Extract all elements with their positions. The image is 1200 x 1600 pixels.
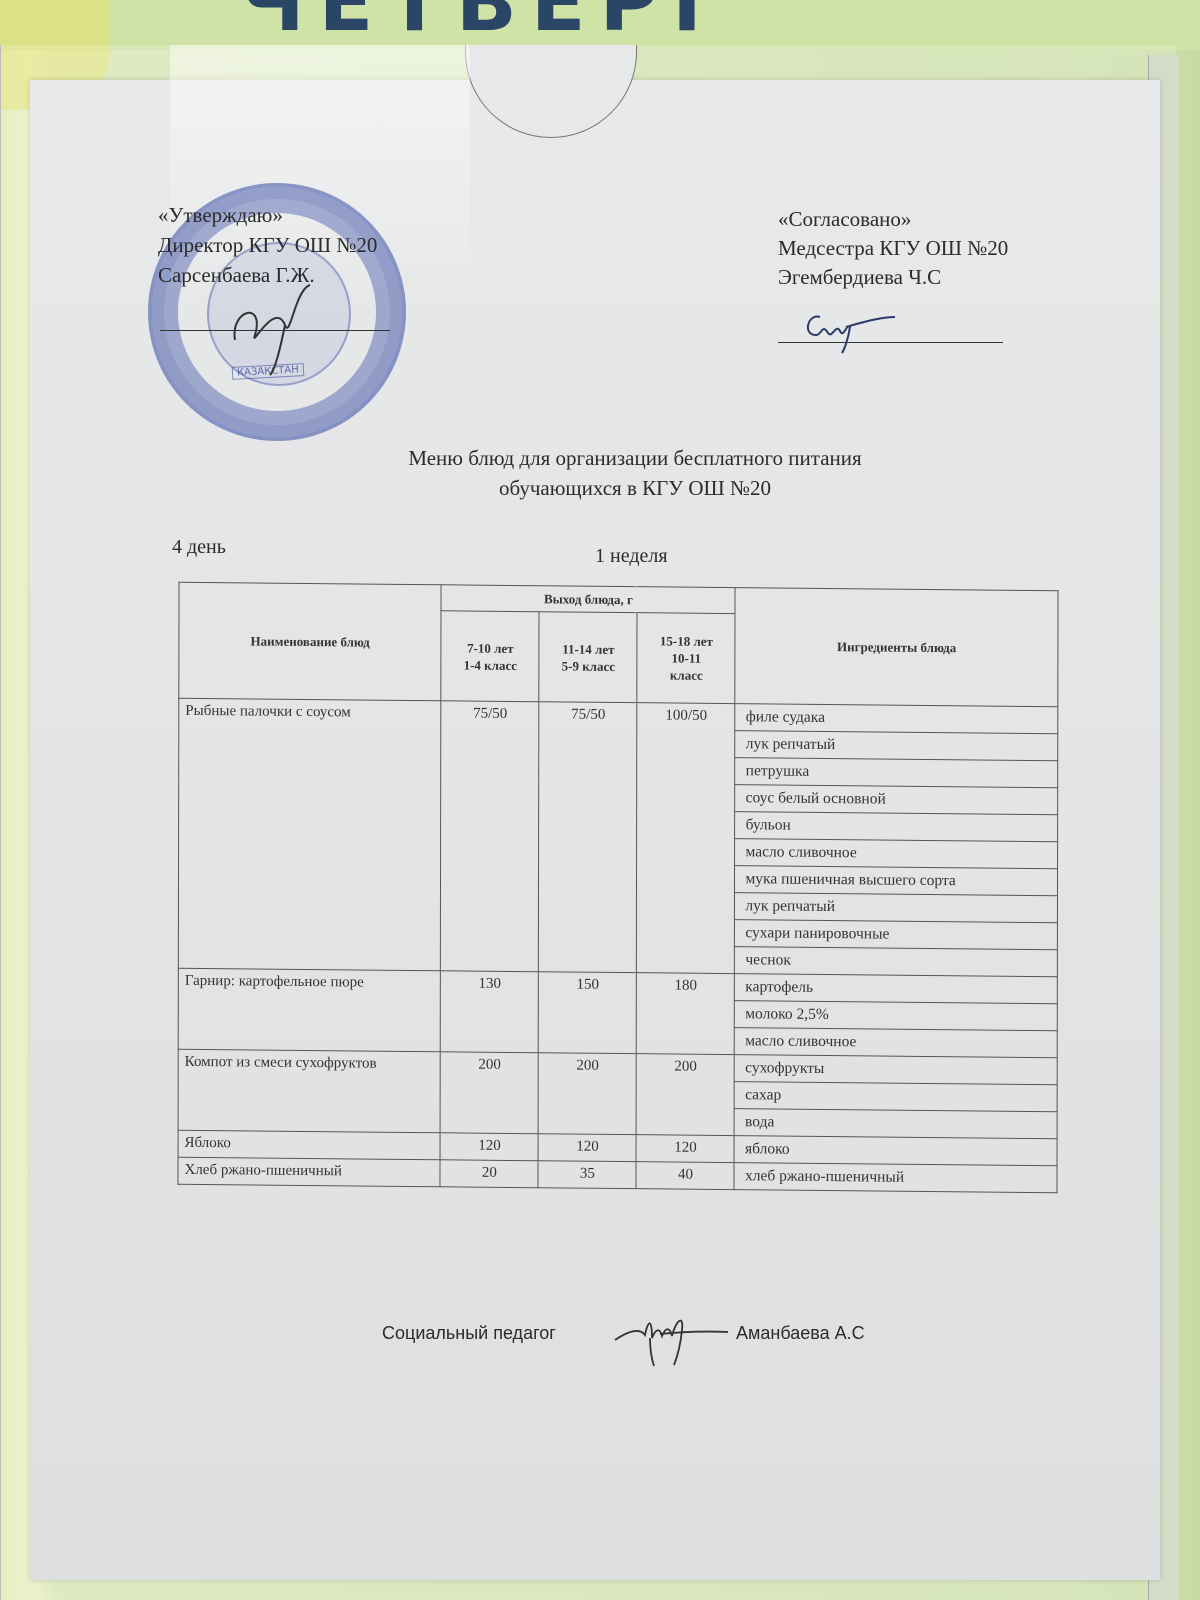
dish-name: Рыбные палочки с соусом [178, 698, 441, 971]
document-title: Меню блюд для организации бесплатного пи… [0, 443, 1200, 503]
ingredient: соус белый основной [735, 785, 1058, 815]
dish-name: Хлеб ржано-пшеничный [178, 1157, 440, 1187]
ingredient: масло сливочное [735, 1028, 1058, 1058]
yield-value: 130 [441, 971, 539, 1053]
menu-table-body: Рыбные палочки с соусом75/5075/50100/50ф… [178, 698, 1058, 1192]
title-line-2: обучающихся в КГУ ОШ №20 [0, 473, 1200, 503]
director-signature-icon [225, 280, 315, 380]
ingredient: сухари панировочные [735, 920, 1058, 950]
yield-value: 75/50 [539, 702, 637, 973]
agreement-name: Эгембердиева Ч.С [778, 263, 1008, 292]
grade-line: 10-11 [642, 649, 731, 667]
yield-value: 20 [440, 1160, 538, 1188]
ingredient: картофель [735, 974, 1058, 1004]
yield-value: 35 [538, 1161, 636, 1189]
ingredient: вода [735, 1109, 1058, 1139]
footer-role: Социальный педагог [382, 1323, 556, 1344]
ingredient: лук репчатый [735, 893, 1058, 923]
header-dish-name: Наименование блюд [179, 582, 442, 701]
ingredient: молоко 2,5% [735, 1001, 1058, 1031]
yield-value: 150 [539, 972, 637, 1054]
yield-value: 75/50 [441, 701, 539, 972]
nurse-signature-icon [800, 305, 900, 355]
ingredient: яблоко [734, 1136, 1057, 1166]
approval-label: «Утверждаю» [158, 200, 377, 230]
yield-value: 120 [440, 1133, 538, 1161]
pedagogue-signature-icon [610, 1310, 730, 1370]
ingredient: петрушка [735, 758, 1058, 788]
age-line: 15-18 лет [642, 632, 731, 650]
yield-value: 200 [539, 1053, 637, 1135]
title-line-1: Меню блюд для организации бесплатного пи… [0, 443, 1200, 473]
grade-line: 1-4 класс [446, 656, 535, 674]
ingredient: бульон [735, 812, 1058, 842]
yield-value: 40 [636, 1162, 734, 1190]
ingredient: сахар [735, 1082, 1058, 1112]
yield-value: 200 [440, 1052, 538, 1134]
grade-line: 5-9 класс [544, 657, 633, 675]
ingredient: масло сливочное [735, 839, 1058, 869]
menu-table: Наименование блюд Выход блюда, г Ингреди… [177, 582, 1058, 1193]
header-ingredients: Ингредиенты блюда [735, 588, 1058, 707]
yield-value: 120 [636, 1135, 734, 1163]
yield-value: 180 [637, 973, 735, 1055]
week-label: 1 неделя [595, 545, 668, 568]
ingredient: филе судака [735, 704, 1058, 734]
yield-value: 120 [538, 1134, 636, 1162]
day-label: 4 день [172, 536, 226, 559]
header-age-group: 11-14 лет 5-9 класс [539, 612, 637, 703]
wall-banner: ЧЕТВЕРГ [0, 0, 1200, 50]
age-line: 11-14 лет [544, 640, 633, 658]
approval-position: Директор КГУ ОШ №20 [158, 230, 377, 260]
agreement-block: «Согласовано» Медсестра КГУ ОШ №20 Эгемб… [778, 205, 1008, 292]
ingredient: хлеб ржано-пшеничный [734, 1163, 1057, 1193]
dish-name: Гарнир: картофельное пюре [178, 968, 441, 1052]
ingredient: лук репчатый [735, 731, 1058, 761]
banner-text: ЧЕТВЕРГ [240, 0, 737, 49]
age-line: 7-10 лет [446, 639, 535, 657]
dish-name: Компот из смеси сухофруктов [178, 1049, 441, 1133]
dish-name: Яблоко [178, 1130, 440, 1160]
yield-value: 200 [637, 1054, 735, 1136]
header-age-group: 15-18 лет 10-11 класс [637, 613, 735, 704]
ingredient: чеснок [735, 947, 1058, 977]
header-age-group: 7-10 лет 1-4 класс [441, 611, 539, 702]
yield-value: 100/50 [637, 703, 735, 974]
grade-line: класс [642, 666, 731, 684]
ingredient: мука пшеничная высшего сорта [735, 866, 1058, 896]
agreement-label: «Согласовано» [778, 205, 1008, 234]
header-yield: Выход блюда, г [441, 585, 735, 614]
footer-name: Аманбаева А.С [736, 1323, 865, 1344]
agreement-position: Медсестра КГУ ОШ №20 [778, 234, 1008, 263]
approval-block: «Утверждаю» Директор КГУ ОШ №20 Сарсенба… [158, 200, 377, 290]
ingredient: сухофрукты [735, 1055, 1058, 1085]
